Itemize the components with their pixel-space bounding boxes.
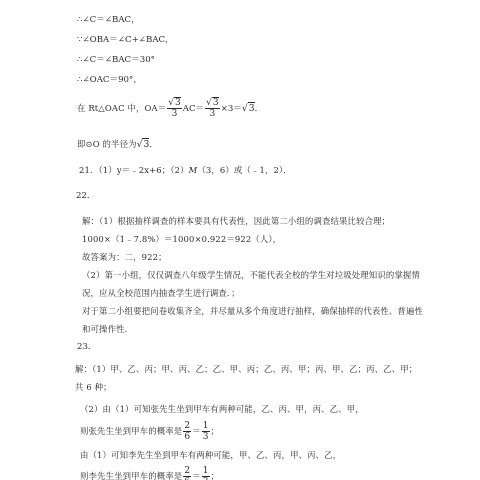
q22-line-2: 1000×（1﹣7.8%）＝1000×0.922＝922（人）， (82, 234, 281, 245)
proof-line-4: ∴∠OAC＝90°， (77, 75, 142, 86)
proof-line-3: ∴∠C＝∠BAC＝30° (77, 55, 155, 66)
fraction-2-6: 26 (183, 421, 191, 442)
fraction-sqrt3-over-3: √33 (167, 98, 181, 119)
fraction-1-3: 13 (202, 421, 210, 442)
q23-prob-li: 则李先生坐到甲车的概率是26＝13； (80, 466, 219, 480)
rt-tail: ×3＝ (221, 104, 242, 114)
fraction-1-3: 13 (202, 466, 210, 480)
q21-answer: 21．（1）y＝﹣2x+6；（2）M（3，6）或（﹣1，2）． (79, 165, 292, 176)
proof-line-1: ∴∠C＝∠BAC， (77, 15, 140, 26)
q22-number: 22． (76, 191, 96, 202)
q23-line-2: 共 6 种； (75, 382, 112, 393)
q23-line-1: 解：（1）甲、乙、丙；甲、丙、乙；乙、甲、丙；乙、丙、甲；丙、甲、乙；丙、乙、甲… (75, 364, 417, 375)
q22-line-1: 解：（1）根据抽样调查的样本要具有代表性，因此第二小组的调查结果比较合理； (82, 216, 390, 227)
rt-mid: AC＝ (183, 104, 204, 114)
proof-line-2: ∵∠OBA＝∠C+∠BAC， (77, 35, 174, 46)
q23-number: 23． (77, 342, 97, 353)
fraction-2-6: 26 (183, 466, 191, 480)
fraction-sqrt3-over-3-b: √33 (205, 98, 219, 119)
rt-triangle-line: 在 Rt△OAC 中，OA＝√33AC＝√33×3＝√3． (77, 98, 263, 119)
q23-prob-zhang: 则张先生坐到甲车的概率是26＝13； (80, 421, 219, 442)
q22-line-7: 和可操作性． (82, 324, 133, 335)
q22-line-4: （2）第一小组，仅仅调查八年级学生情况，不能代表全校的学生对垃圾处理知识的掌握情 (82, 270, 420, 281)
q22-line-5: 况，应从全校范围内抽查学生进行调查．； (82, 288, 240, 299)
q22-line-6: 对于第二小组要把问卷收集齐全，并尽量从多个角度进行抽样，确保抽样的代表性、普遍性 (82, 306, 423, 317)
rt-prefix: 在 Rt△OAC 中，OA＝ (77, 103, 166, 113)
q22-line-3: 故答案为：二，922； (82, 252, 167, 263)
q23-line-3: （2）由（1）可知张先生坐到甲车有两种可能，乙、丙、甲，丙、乙、甲， (80, 404, 364, 415)
q23-li-line: 由（1）可知李先生坐到甲车有两种可能，甲、乙、丙，甲、丙、乙， (80, 450, 341, 461)
radius-line: 即⊙O 的半径为√3． (77, 139, 158, 151)
